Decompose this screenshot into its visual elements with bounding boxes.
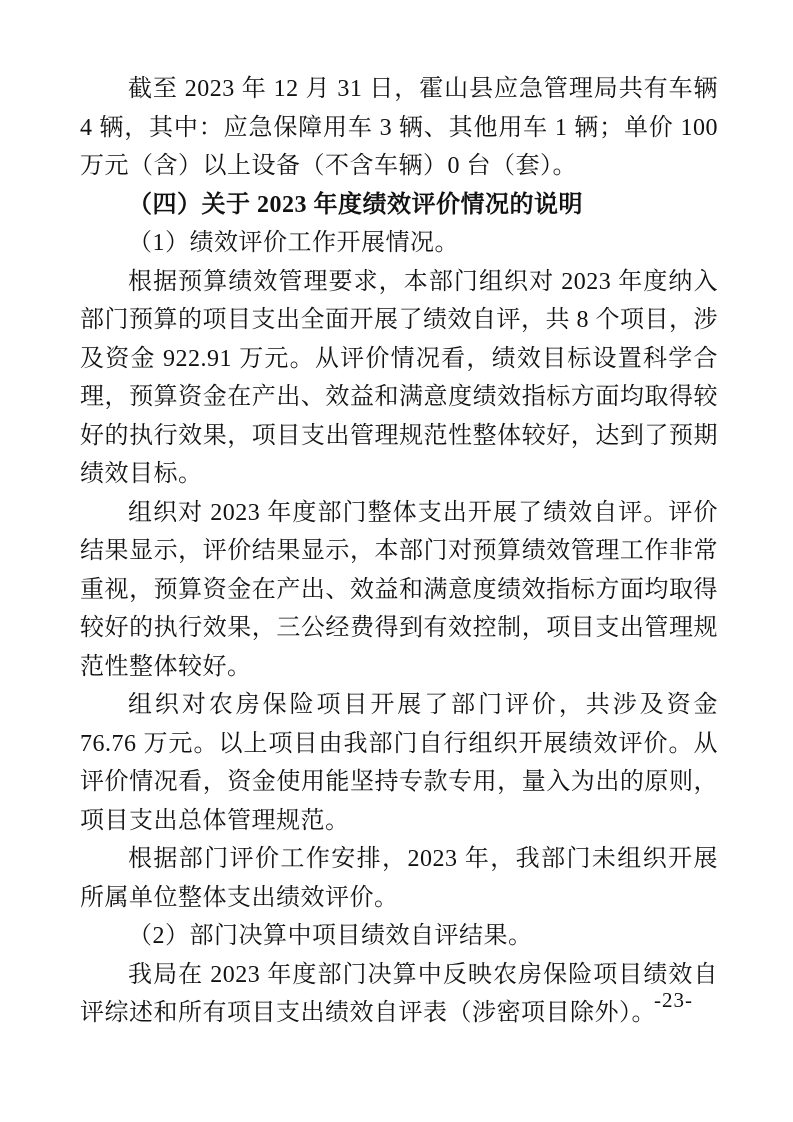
section-heading-performance-evaluation: （四）关于 2023 年度绩效评价情况的说明 (80, 186, 718, 225)
paragraph-overall-expenditure-evaluation: 组织对 2023 年度部门整体支出开展了绩效自评。评价结果显示，评价结果显示，本… (80, 494, 718, 687)
document-body: 截至 2023 年 12 月 31 日，霍山县应急管理局共有车辆 4 辆，其中：… (80, 70, 718, 1033)
page-number: -23- (654, 988, 693, 1013)
subitem-2-heading: （2）部门决算中项目绩效自评结果。 (80, 917, 718, 956)
paragraph-final-accounts: 我局在 2023 年度部门决算中反映农房保险项目绩效自评综述和所有项目支出绩效自… (80, 956, 718, 1033)
paragraph-self-evaluation: 根据预算绩效管理要求，本部门组织对 2023 年度纳入部门预算的项目支出全面开展… (80, 263, 718, 494)
paragraph-rural-housing-insurance-evaluation: 组织对农房保险项目开展了部门评价，共涉及资金 76.76 万元。以上项目由我部门… (80, 686, 718, 840)
subitem-1-heading: （1）绩效评价工作开展情况。 (80, 224, 718, 263)
document-page: 截至 2023 年 12 月 31 日，霍山县应急管理局共有车辆 4 辆，其中：… (0, 0, 793, 1122)
paragraph-vehicle-summary: 截至 2023 年 12 月 31 日，霍山县应急管理局共有车辆 4 辆，其中：… (80, 70, 718, 186)
paragraph-subordinate-units: 根据部门评价工作安排，2023 年，我部门未组织开展所属单位整体支出绩效评价。 (80, 840, 718, 917)
